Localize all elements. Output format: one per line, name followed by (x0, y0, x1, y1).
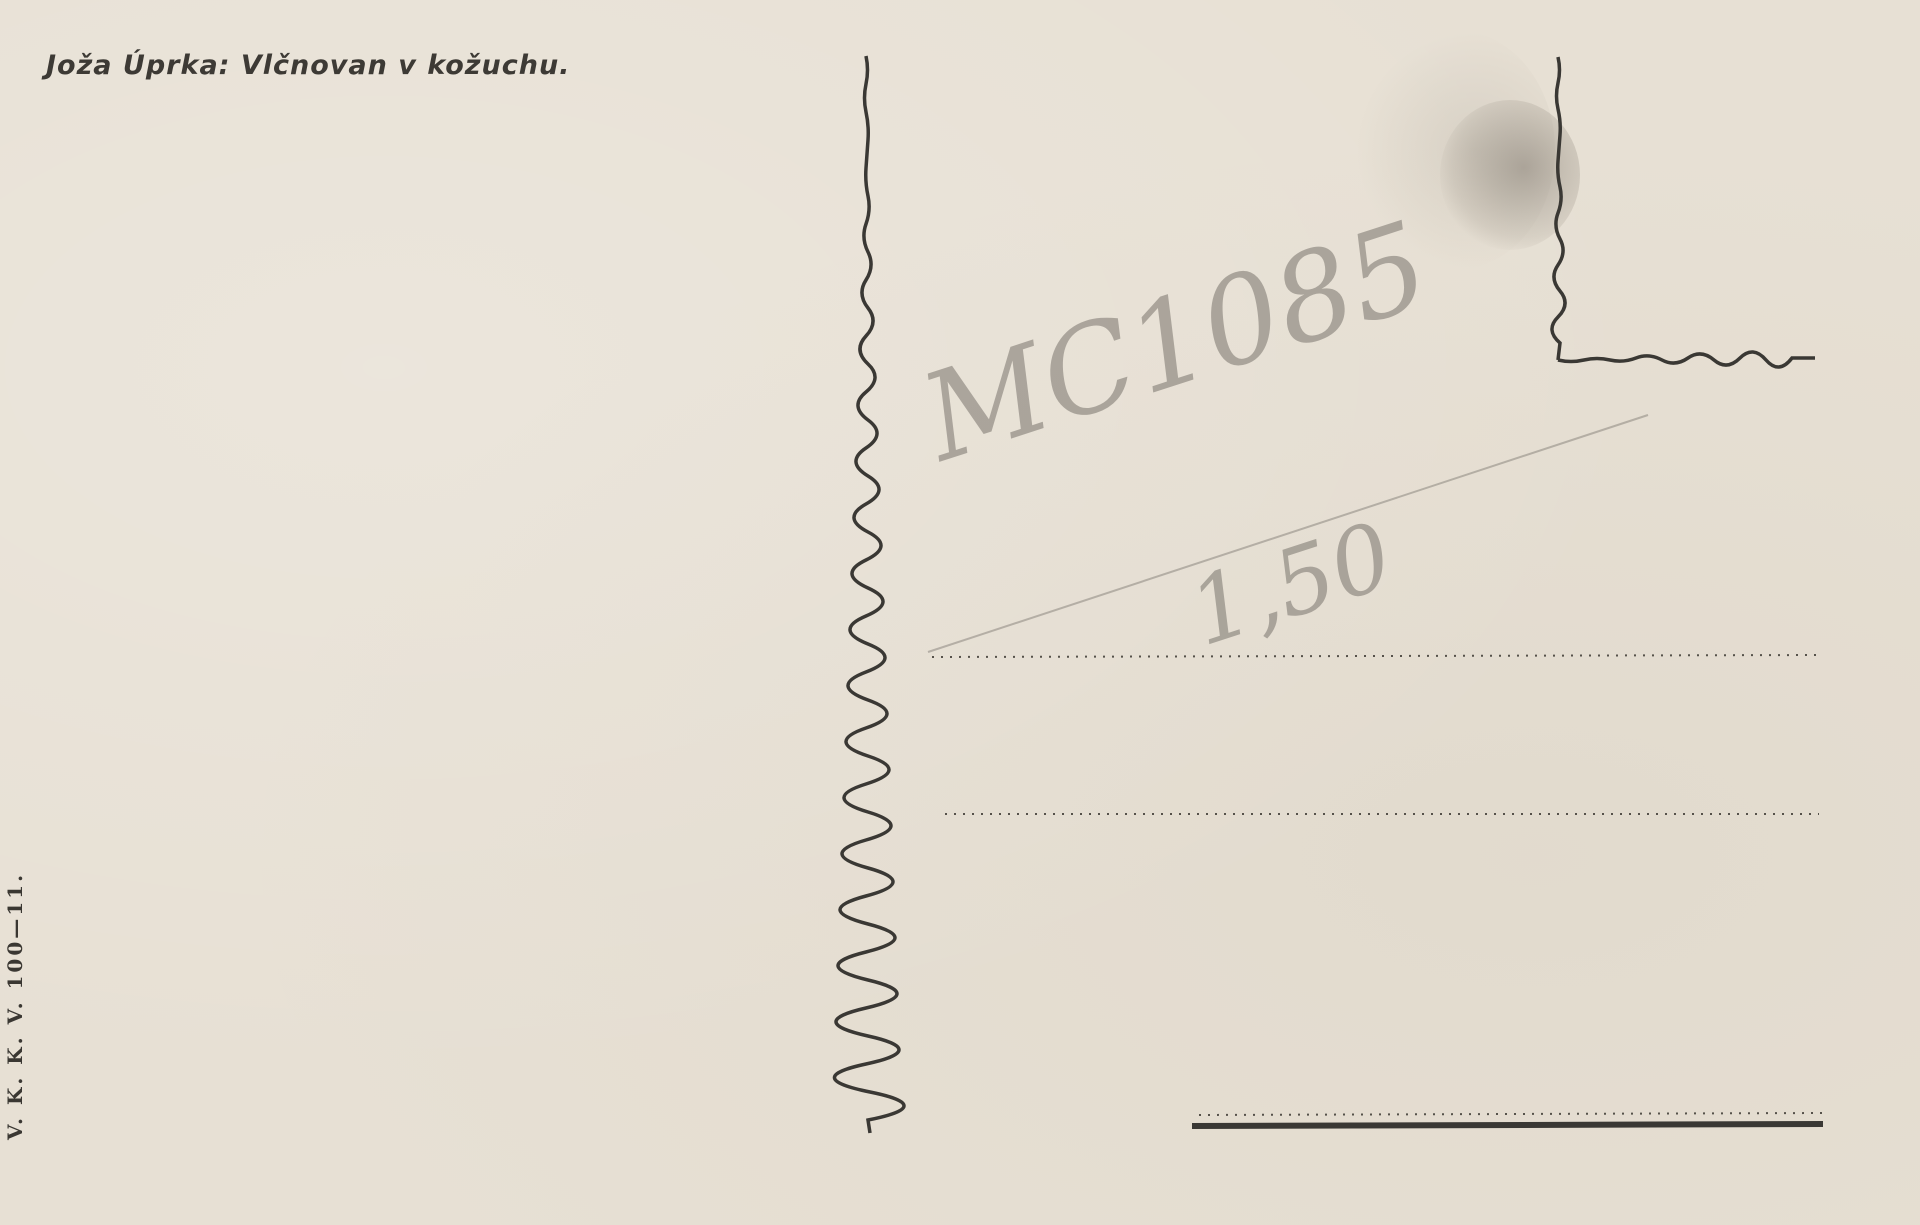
layout-lines (0, 0, 1920, 1225)
address-line-3 (1199, 1113, 1822, 1115)
stamp-box-vertical (1552, 57, 1565, 360)
postcard-back: Joža Úprka: Vlčnovan v kožuchu. V. K. K.… (0, 0, 1920, 1225)
address-underline (1192, 1124, 1823, 1126)
address-line-1 (932, 655, 1818, 657)
center-divider (834, 56, 904, 1133)
stamp-box-horizontal (1558, 352, 1815, 367)
